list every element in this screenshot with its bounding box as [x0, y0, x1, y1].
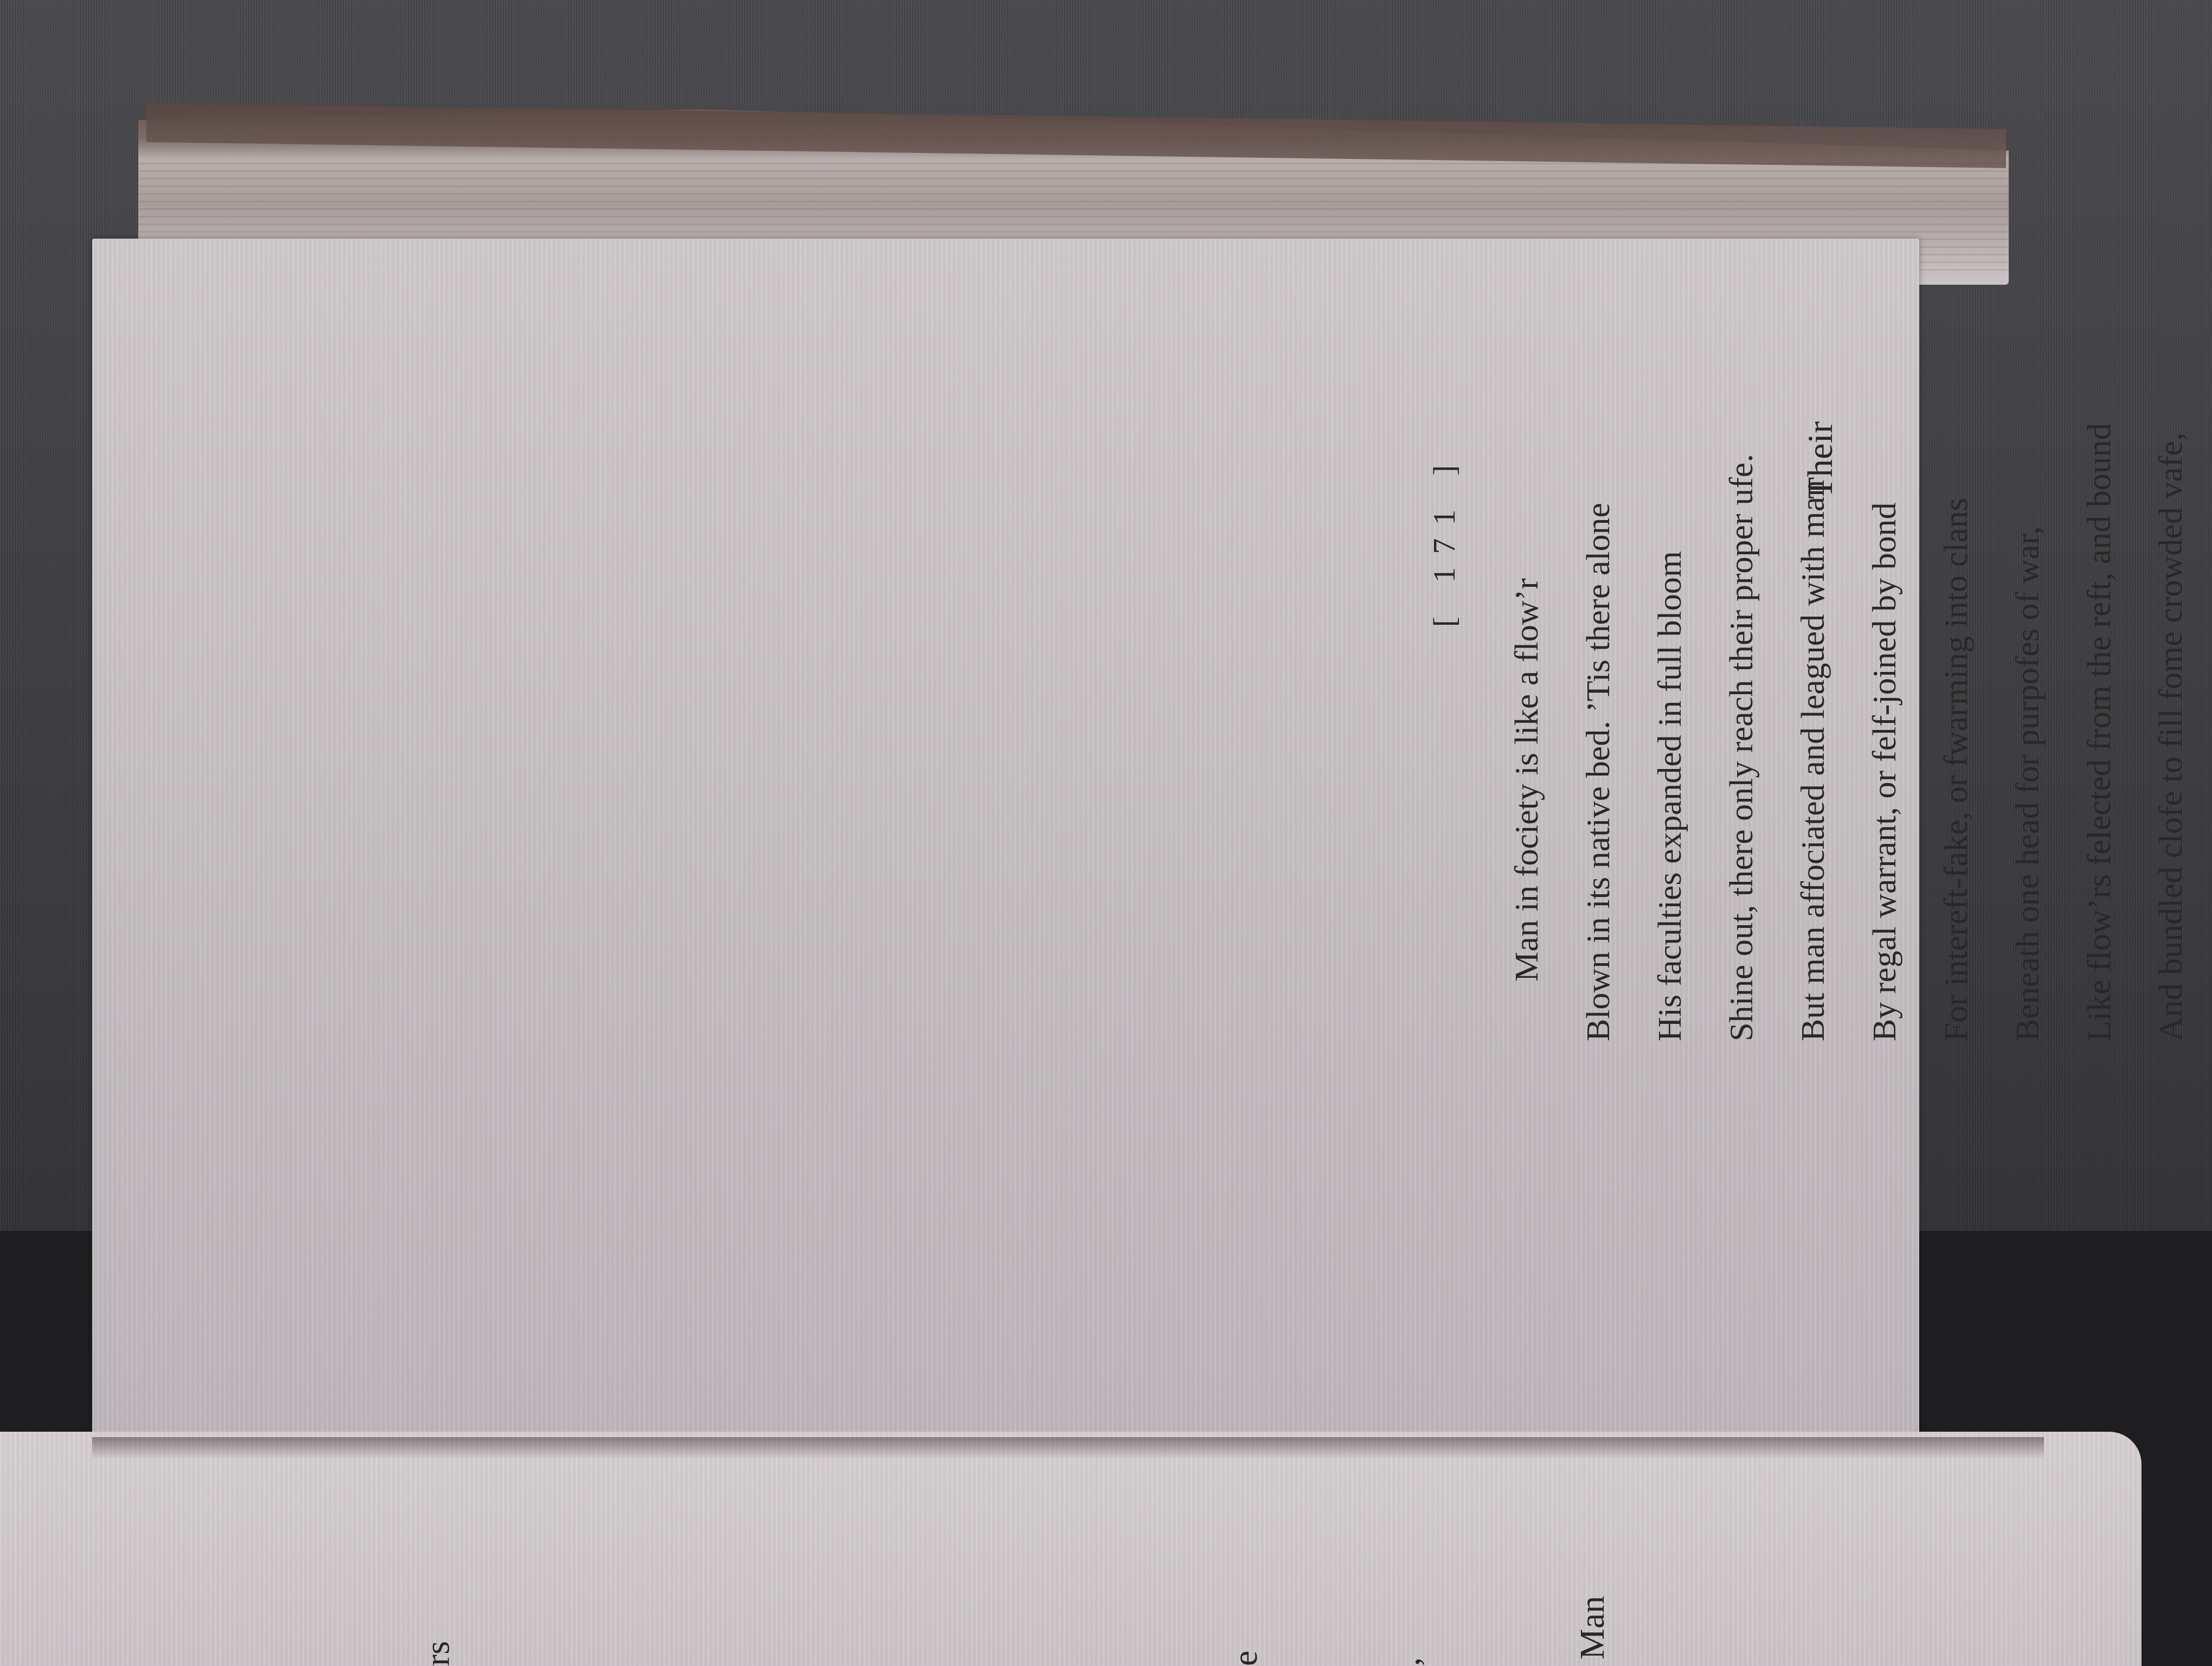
- poem-line: Blown in its native bed. ’Tis there alon…: [1562, 0, 1634, 1041]
- poem-line: His faculties expanded in full bloom: [1634, 0, 1706, 1041]
- poem-line: Beneath one head for purpofes of war,: [1992, 0, 2063, 1041]
- poem-line: Shine out, there only reach their proper…: [1706, 0, 1777, 1041]
- poem-line: Fades rapidly, and by compreffion marred: [2207, 0, 2212, 1041]
- book-gutter-shadow: [92, 1437, 2044, 1459]
- poem-body: Man in fociety is like a flow’r Blown in…: [1491, 0, 2212, 1041]
- poem-line: And bundled clofe to fill fome crowded v…: [2135, 0, 2207, 1041]
- left-page-line-fragment: ,: [1388, 1657, 1428, 1666]
- left-page-line-fragment: e: [1225, 1651, 1265, 1666]
- poem-line: For intereft-fake, or fwarming into clan…: [1920, 0, 1992, 1041]
- poem-line: Man in fociety is like a flow’r: [1491, 0, 1562, 1041]
- left-page-catchword: Man: [1572, 1596, 1612, 1659]
- poem-line: But man affociated and leagued with man: [1777, 0, 1849, 1041]
- left-page-line-fragment: rs: [417, 1641, 458, 1666]
- poem-line: Like flow’rs felected from the reft, and…: [2063, 0, 2135, 1041]
- catchword: Their: [1800, 421, 1841, 499]
- poem-line: By regal warrant, or felf-joined by bond: [1849, 0, 1920, 1041]
- page-text-frame: [ 171 ] Man in fociety is like a flow’r …: [1139, 0, 2212, 1041]
- page-number: [ 171 ]: [1426, 38, 1462, 1041]
- left-book-page: [0, 1432, 2142, 1666]
